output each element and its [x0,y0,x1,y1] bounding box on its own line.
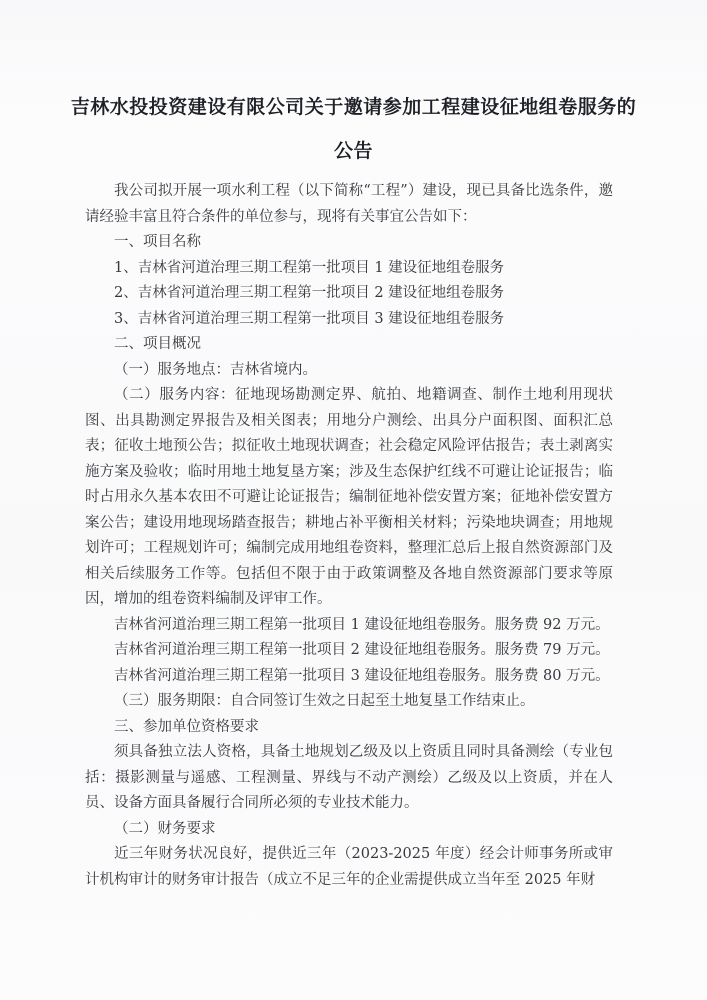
service-location: （一）服务地点：吉林省境内。 [85,358,613,384]
project-name-item-2: 2、吉林省河道治理三期工程第一批项目 2 建设征地组卷服务 [85,281,613,307]
service-fee-item-1: 吉林省河道治理三期工程第一批项目 1 建设征地组卷服务。服务费 92 万元。 [85,613,613,639]
project-name-item-3: 3、吉林省河道治理三期工程第一批项目 3 建设征地组卷服务 [85,307,613,333]
project-name-item-1: 1、吉林省河道治理三期工程第一批项目 1 建设征地组卷服务 [85,256,613,282]
service-content: （二）服务内容：征地现场勘测定界、航拍、地籍调查、制作土地利用现状图、出具勘测定… [85,383,613,613]
finance-requirements-text: 近三年财务状况良好，提供近三年（2023-2025 年度）经会计师事务所或审计机… [85,842,613,893]
paragraph-intro: 我公司拟开展一项水利工程（以下简称“工程”）建设，现已具备比选条件，邀请经验丰富… [85,179,613,230]
section-2-heading: 二、项目概况 [85,332,613,358]
qualification-requirements: 须具备独立法人资格，具备土地规划乙级及以上资质且同时具备测绘（专业包括：摄影测量… [85,740,613,817]
service-fee-item-3: 吉林省河道治理三期工程第一批项目 3 建设征地组卷服务。服务费 80 万元。 [85,664,613,690]
service-period: （三）服务期限：自合同签订生效之日起至土地复垦工作结束止。 [85,689,613,715]
title-line-2: 公告 [55,129,652,173]
title-line-1: 吉林水投投资建设有限公司关于邀请参加工程建设征地组卷服务的 [55,85,652,129]
finance-requirements-heading: （二）财务要求 [85,817,613,843]
document-page: 吉林水投投资建设有限公司关于邀请参加工程建设征地组卷服务的 公告 我公司拟开展一… [0,0,707,1000]
section-3-heading: 三、参加单位资格要求 [85,715,613,741]
section-1-heading: 一、项目名称 [85,230,613,256]
document-title: 吉林水投投资建设有限公司关于邀请参加工程建设征地组卷服务的 公告 [55,85,652,173]
service-fee-item-2: 吉林省河道治理三期工程第一批项目 2 建设征地组卷服务。服务费 79 万元。 [85,638,613,664]
document-body: 我公司拟开展一项水利工程（以下简称“工程”）建设，现已具备比选条件，邀请经验丰富… [85,179,613,893]
